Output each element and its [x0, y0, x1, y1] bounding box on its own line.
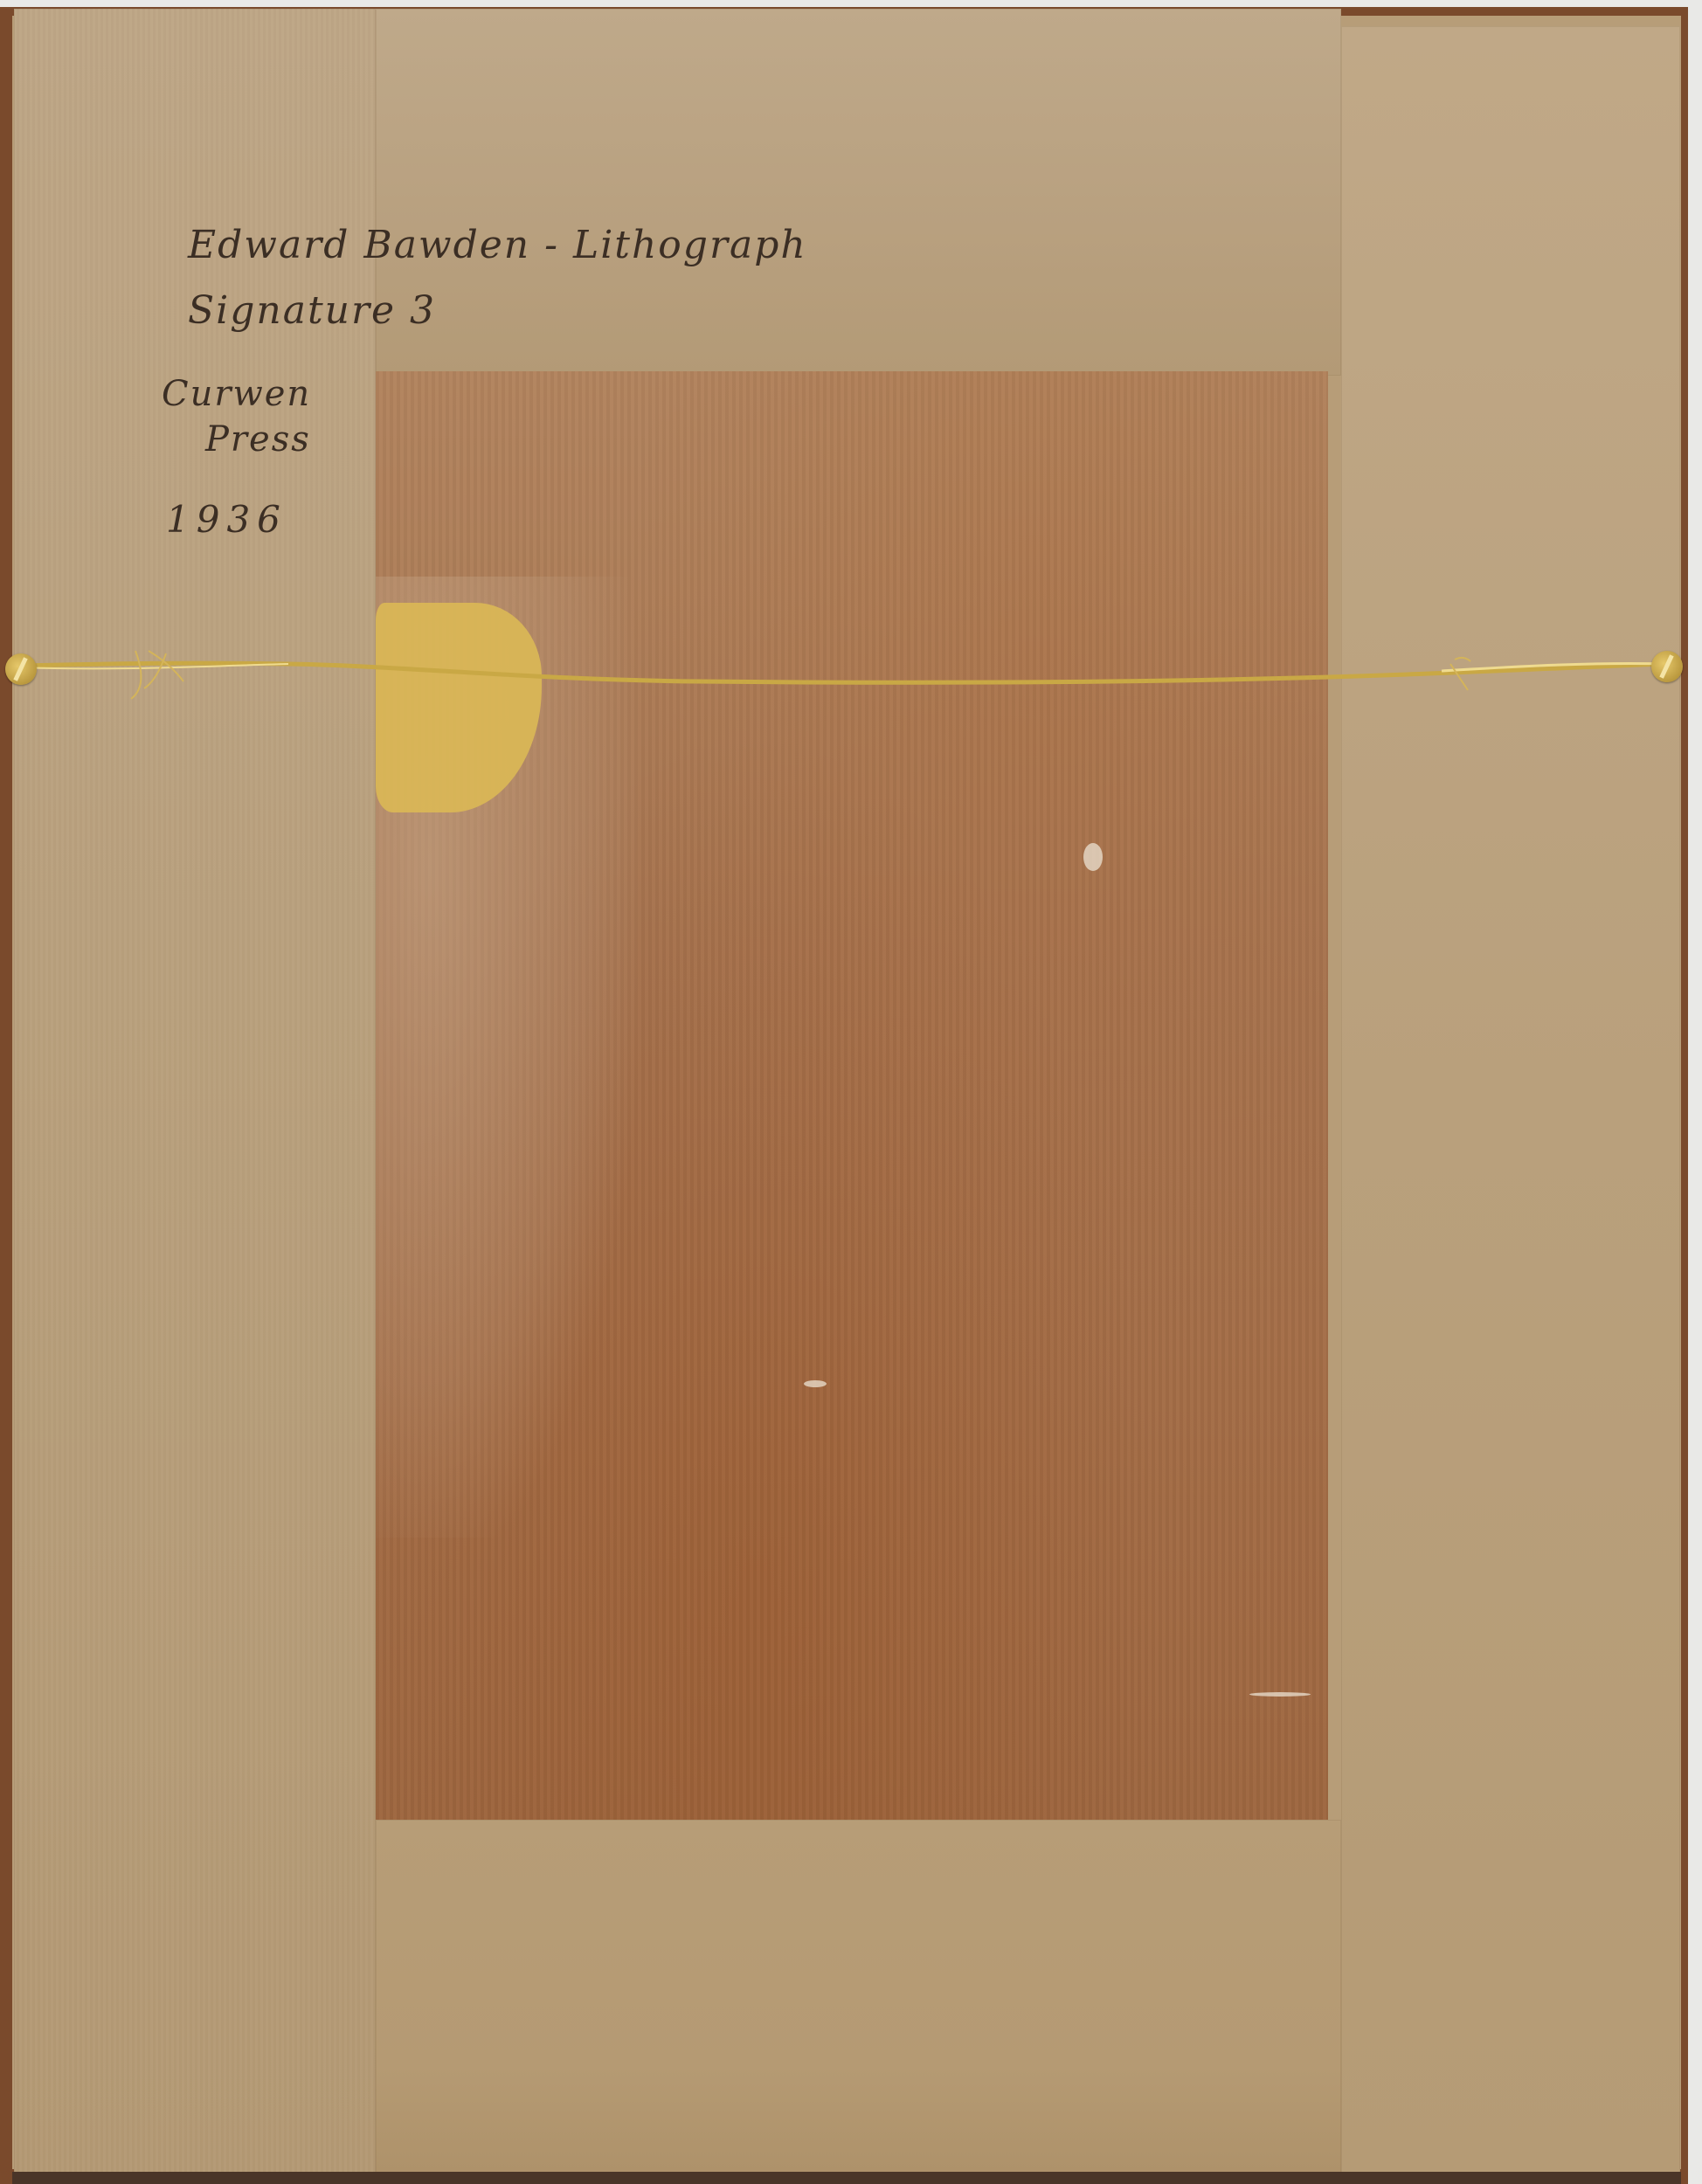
frame-bottom-edge — [12, 2172, 1681, 2184]
paper-spot — [1083, 843, 1103, 871]
inscription-title: Signature 3 — [188, 288, 436, 333]
right-screw-hook-icon — [1651, 651, 1683, 682]
right-tape-strip — [1341, 26, 1680, 2174]
left-tape-strip — [14, 9, 376, 2174]
inscription-year: 1936 — [166, 498, 287, 541]
paper-spot — [1249, 1692, 1311, 1697]
inscription-publisher-2: Press — [205, 419, 311, 460]
bottom-tape-strip — [376, 1820, 1341, 2174]
left-screw-hook-icon — [5, 653, 37, 685]
paper-spot — [804, 1380, 827, 1387]
top-tape-strip — [376, 9, 1341, 376]
inscription-artist: Edward Bawden - Lithograph — [188, 223, 807, 267]
inscription-publisher-1: Curwen — [162, 374, 311, 414]
